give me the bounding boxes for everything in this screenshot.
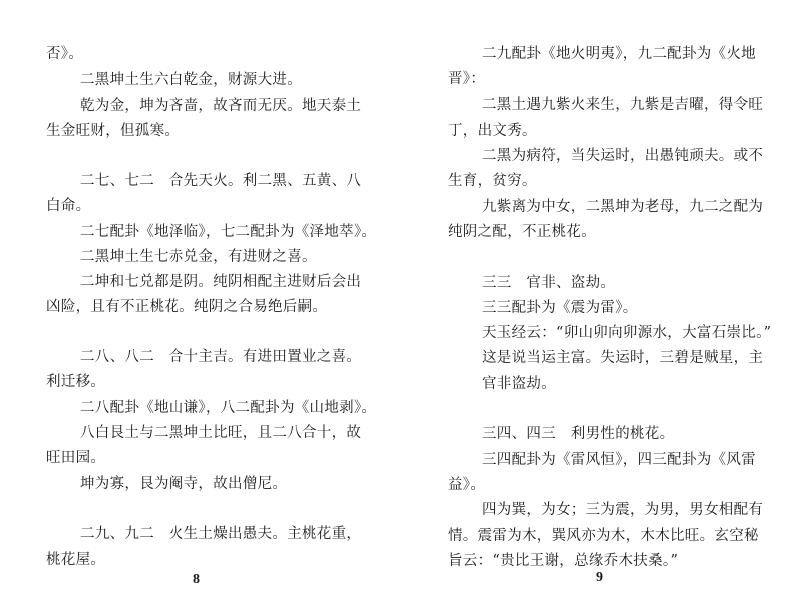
page-number: 9	[596, 570, 603, 586]
book-page-left: 否》。二黑坤土生六白乾金，财源大进。乾为金，坤为吝啬，故吝而无厌。地天泰土生金旺…	[0, 0, 396, 612]
text-line: 九紫离为中女，二黑坤为老母，九二之配为	[482, 198, 763, 216]
text-line: 生育，贫穷。	[448, 172, 537, 190]
text-line: 三三 官非、盗劫。	[482, 274, 615, 292]
text-line: 三四、四三 利男性的桃花。	[482, 425, 674, 443]
text-line: 官非盗劫。	[482, 375, 556, 393]
text-line: 乾为金，坤为吝啬，故吝而无厌。地天泰土	[80, 97, 361, 115]
text-line: 二黑坤土生七赤兑金，有进财之喜。	[80, 248, 317, 266]
page-number: 8	[193, 572, 200, 588]
text-line: 二八、八二 合十主吉。有进田置业之喜。	[80, 348, 361, 366]
text-line: 二九、九二 火生土燥出愚夫。主桃花重，	[80, 525, 361, 543]
text-line: 二七配卦《地泽临》，七二配卦为《泽地萃》。	[80, 223, 376, 241]
text-line: 旺田园。	[46, 449, 105, 467]
text-line: 晋》：	[448, 70, 485, 88]
text-line: 旨云：“贵比王谢，总缘乔木扶桑。”	[448, 552, 678, 570]
text-line: 否》。	[46, 45, 83, 63]
text-line: 二坤和七兑都是阴。纯阴相配主进财后会出	[80, 273, 361, 291]
text-line: 四为巽，为女；三为震，为男，男女相配有	[482, 501, 763, 519]
text-line: 二八配卦《地山谦》，八二配卦为《山地剥》。	[80, 399, 376, 417]
text-line: 白命。	[46, 197, 90, 215]
text-line: 情。震雷为木，巽风亦为木，木木比旺。玄空秘	[448, 527, 759, 545]
text-line: 三四配卦为《雷风恒》，四三配卦为《风雷	[482, 451, 756, 469]
text-line: 纯阴之配，不正桃花。	[448, 223, 596, 241]
text-line: 三三配卦为《震为雷》。	[482, 299, 638, 317]
text-line: 天玉经云：“卯山卯向卯源水，大富石崇比。”	[482, 324, 771, 342]
text-line: 二黑为病符，当失运时，出愚钝顽夫。或不	[482, 147, 763, 165]
text-line: 凶险，且有不正桃花。纯阴之合易绝后嗣。	[46, 298, 327, 316]
text-line: 二黑坤土生六白乾金，财源大进。	[80, 71, 302, 89]
text-line: 二九配卦《地火明夷》，九二配卦为《火地	[482, 45, 756, 63]
text-line: 八白艮土与二黑坤土比旺，且二八合十，故	[80, 424, 361, 442]
text-line: 二七、七二 合先天火。利二黑、五黄、八	[80, 172, 361, 190]
text-line: 坤为寡，艮为阉寺，故出僧尼。	[80, 475, 287, 493]
text-line: 桃花屋。	[46, 551, 105, 569]
text-line: 利迁移。	[46, 373, 105, 391]
text-line: 生金旺财，但孤寒。	[46, 122, 179, 140]
text-line: 丁，出文秀。	[448, 122, 537, 140]
text-line: 二黑土遇九紫火来生，九紫是吉曜，得令旺	[482, 96, 763, 114]
text-line: 益》。	[448, 476, 485, 494]
book-page-right: 二九配卦《地火明夷》，九二配卦为《火地晋》：二黑土遇九紫火来生，九紫是吉曜，得令…	[396, 0, 793, 612]
text-line: 这是说当运主富。失运时，三碧是贼星，主	[482, 349, 763, 367]
